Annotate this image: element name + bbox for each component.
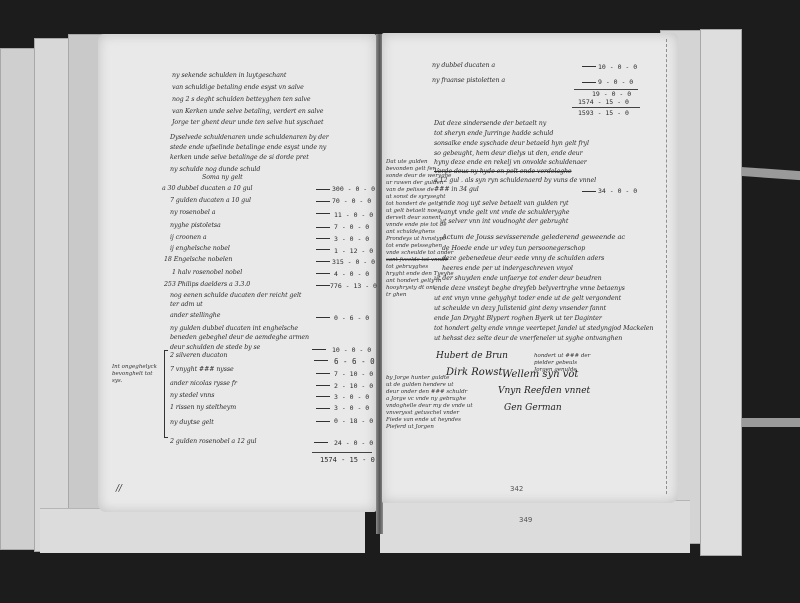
folio-number-lower: 349 [519, 516, 532, 524]
margin-note: sys. [112, 378, 123, 385]
lower-margin-note: ut de gulden hendere ut [386, 382, 453, 389]
left-page-total: 1574 - 15 - 0 [320, 456, 375, 464]
entry-dash [316, 396, 330, 397]
entry-amount: 3 - 0 - 0 [334, 393, 369, 401]
paragraph1-line: ### in 34 gul [434, 186, 479, 193]
paragraph1-line: a 12 gul . als syn ryn schuldenaerd by v… [434, 177, 596, 184]
entry-amount: 3 - 0 - 0 [334, 235, 369, 243]
margin-note: hooyhrysty dt ont [386, 285, 435, 292]
right-page: ny dubbel ducaten a 10 - 0 - 0 ny fraans… [382, 33, 678, 503]
entry-text: ter adm ut [170, 301, 203, 308]
paragraph1-line: tot sheryn ende Jurringe hadde schuld [434, 130, 553, 137]
entry-text: 18 Engelsche nobelen [164, 256, 232, 263]
entry-text: ij enghelsche nobel [170, 245, 230, 252]
entry-amount: 3 - 0 - 0 [334, 404, 369, 412]
margin-note: dervelt deur sonent [386, 215, 441, 222]
subtotal: 1574 - 15 - 0 [578, 98, 629, 106]
entry-amount: 7 - 0 - 0 [334, 223, 369, 231]
preamble2-line: stede ende ufselinde betalinge ende esys… [170, 144, 326, 151]
preamble-line: Jorge ter ghent deur unde ten selve hut … [172, 119, 323, 126]
entry-dash [316, 385, 330, 386]
entry-dash [316, 421, 330, 422]
preamble-line: nog 2 s deght schulden betteyghen ten sa… [172, 96, 310, 103]
bracketed-entry-text: 2 silveren ducaton [170, 352, 227, 359]
subheading: Soma ny gelt [202, 174, 243, 181]
right-bottom-edge [380, 500, 690, 553]
paragraph3-line: ut ent vnyn vnne gehyghyt toder ende ut … [434, 295, 621, 302]
entry-dash [316, 408, 330, 409]
paragraph1-line: Verde deus ny hyde en pelt ende verdelag… [434, 168, 572, 175]
margin-note: ur rawen der gulden [386, 180, 443, 187]
page-deckle-edge [666, 39, 667, 494]
entry-text: beneden gebeghel deur de aemdeghe armen [170, 334, 309, 341]
margin-note: ant schuldeghens [386, 229, 435, 236]
margin-note: tr ghen [386, 292, 406, 299]
grand-total-rule [572, 107, 640, 108]
entry-dash [316, 317, 330, 318]
entry-text: ander stellinghe [170, 312, 220, 319]
entry-dash [316, 273, 330, 274]
entry-amount: 24 - 0 - 0 [334, 439, 373, 447]
preamble2-line: Dyselvede schuldenaren unde schuldenaren… [170, 134, 329, 141]
paragraph3-line: de Hoede ende ur vdey tun persoonegersch… [442, 245, 585, 252]
paragraph2-line: ende nog uyt selve betaelt van gulden ry… [440, 200, 568, 207]
witness-note: pielder gebeuls [534, 360, 577, 367]
paragraph3-line: ut der shuyden ende unfaerye tot ender d… [434, 275, 602, 282]
witness-note: Jorgen genulde [534, 367, 577, 374]
entry-amount: 776 - 13 - 0 [330, 282, 377, 290]
entry-text: ny gulden dubbel ducaten int enghelsche [170, 325, 298, 332]
subtotal: 19 - 0 - 0 [592, 90, 631, 98]
margin-note: tot hondert de gelty [386, 201, 442, 208]
folio-number: 342 [510, 485, 523, 493]
lower-margin-note: a Jorge vc vnde ny gebrughe [386, 396, 466, 403]
signature: Dirk Rowst [446, 367, 503, 378]
bracketed-entry-text: ander nicolas rysse fr [170, 380, 237, 387]
paragraph2-line: ut selver vnn int voudnoght der gebrught [440, 218, 568, 225]
witness-note: hondert ut ### der [534, 353, 590, 360]
entry-amount: 10 - 0 - 0 [598, 63, 637, 71]
bracketed-entry-text: ny stedel vnns [170, 392, 214, 399]
lower-margin-note: vnverysst getuschel vnder [386, 410, 459, 417]
margin-note: van de pelisse de [386, 187, 434, 194]
entry-amount: 2 - 10 - 0 [334, 382, 373, 390]
entry-amount: 300 - 0 - 0 [332, 185, 375, 193]
margin-note: Int ongeghelyck [112, 364, 157, 371]
entry-text: 253 Philips daelders a 3.3.0 [164, 281, 250, 288]
margin-note: ut gelt betaelt noeg [386, 208, 441, 215]
support-strap-upper [735, 167, 800, 181]
left-bottom-edge [40, 508, 365, 553]
bracketed-entry-text: 1 rissen ny steltheym [170, 404, 236, 411]
entry-amount: 315 - 0 - 0 [332, 258, 375, 266]
paragraph2-line: vanyt vnde gelt vnt vnde de schulderyghe [440, 209, 569, 216]
entry-amount: 0 - 18 - 0 [334, 417, 373, 425]
top-entry-text: ny fraanse pistoletten a [432, 77, 505, 84]
entry-amount: 10 - 0 - 0 [332, 346, 371, 354]
entry-text: nyghe pistoletsa [170, 222, 221, 229]
margin-note: tot ende pelsseghen [386, 243, 442, 250]
entry-dash [314, 360, 328, 361]
paragraph3-line: ende Jan Dryght Blypert roghen Byerk ut … [434, 315, 602, 322]
preamble-line: van schuldige betaling ende esyst vn sal… [172, 84, 304, 91]
margin-note: Prondeys ut hvnstypt [386, 236, 445, 243]
support-strap-lower [738, 418, 800, 427]
entry-text: a 30 dubbel ducaten a 10 gul [162, 185, 252, 192]
ink-mark: // [116, 486, 122, 493]
paragraph3-line: Actum de Jouss sevisserende gelederend g… [442, 234, 625, 241]
lower-margin-note: Pieferd ut Jorgen [386, 424, 434, 431]
margin-note: tot gebruyghes [386, 264, 428, 271]
entry-dash [316, 201, 330, 202]
lower-margin-note: deur onder den ### schuldr [386, 389, 467, 396]
entry-dash [316, 285, 330, 286]
entry-text: ij croonen a [170, 234, 206, 241]
entry-dash [316, 249, 330, 250]
preamble2-line: kerken unde selve betalinge de si dorde … [170, 154, 309, 161]
entry-amount: 6 - 6 - 0 [334, 357, 375, 366]
entry-amount: 1 - 12 - 0 [334, 247, 373, 255]
entry-dash [314, 442, 328, 443]
entry-dash [316, 227, 330, 228]
entry-amount: 11 - 0 - 0 [334, 211, 373, 219]
entry-dash [316, 373, 330, 374]
margin-note: bevonghelt tot [112, 371, 153, 378]
margin-note: Dat ute gulden [386, 159, 428, 166]
paragraph3-line: ut hehsst dez selte deur de vnerfeneler … [434, 335, 622, 342]
lower-margin-note: vndoghelle deur my de vnde ut [386, 403, 473, 410]
paragraph3-line: ut scheulde vn dezy Julistenid gint deny… [434, 305, 606, 312]
entry-amount: 70 - 0 - 0 [332, 197, 371, 205]
entry-dash [316, 189, 330, 190]
top-entry-text: ny dubbel ducaten a [432, 62, 495, 69]
grand-total: 1593 - 15 - 0 [578, 109, 629, 117]
paragraph3-line: ende deze vnsteyt beghe dreyfeb belyvert… [434, 285, 625, 292]
paragraph1-line: so gebeught, hem deur dielys ut den, end… [434, 150, 583, 157]
entry-dash [582, 82, 596, 83]
entry-dash [312, 349, 326, 350]
margin-note: sant fveelde tot vnnde [386, 257, 448, 264]
signature: Hubert de Brun [436, 351, 508, 361]
left-page: ny sekende schulden in luytgeschant van … [98, 34, 376, 512]
entry-dash [582, 191, 596, 192]
margin-note: bevonden gelt fer [386, 166, 435, 173]
paragraph1-line: hyny deze ende en rekelj vn onvolde schu… [434, 159, 587, 166]
preamble-line: ny sekende schulden in luytgeschant [172, 72, 286, 79]
entry-dash [582, 66, 596, 67]
signature: Gen German [504, 403, 562, 413]
margin-note: vnnde ende pie tot de [386, 222, 447, 229]
entry-amount: 0 - 6 - 0 [334, 314, 369, 322]
entry-dash [316, 213, 330, 214]
paragraph1-line: sonsalke ende syschade deur betaeld hyn … [434, 140, 589, 147]
margin-note: sonde deur de weryghe [386, 173, 451, 180]
entry-dash [316, 238, 330, 239]
right-cover-board [700, 29, 742, 556]
bracketed-entry-text: 7 vnyght ### nysse [170, 366, 234, 373]
entry-text: 7 gulden ducaten a 10 gul [170, 197, 251, 204]
paragraph1-line: Dat deze sindersende der betaelt ny [434, 120, 546, 127]
entry-amount: 4 - 0 - 0 [334, 270, 369, 278]
entry-text: deur schulden de stede by se [170, 344, 260, 351]
margin-note: ut sonst de syryseght [386, 194, 446, 201]
entry-amount: 9 - 0 - 0 [598, 78, 633, 86]
total-rule [312, 452, 372, 453]
paragraph3-line: tot hondert gelty ende vnnge veertepet J… [434, 325, 653, 332]
entry-amount: 34 - 0 - 0 [598, 187, 637, 195]
entry-dash [316, 261, 330, 262]
paragraph3-line: deze gebenedeue deur eede vnny de schuld… [442, 255, 604, 262]
preamble2-line: ny schulde nog dunde schuld [170, 166, 260, 173]
lower-margin-note: by Jorge hunter guldte [386, 375, 449, 382]
entry-text: nog eenen schulde ducaten der reicht gel… [170, 292, 301, 299]
bracketed-entry-text: ny duytse gelt [170, 419, 214, 426]
preamble-line: van Kerken unde selve betaling, verdert … [172, 108, 323, 115]
paragraph3-line: heeres ende per ut indergeschreven vnyol [442, 265, 573, 272]
lower-margin-note: Fiede van ende ut heyndes [386, 417, 461, 424]
bracket [164, 350, 168, 438]
entry-amount: 7 - 10 - 0 [334, 370, 373, 378]
signature: Vnyn Reefden vnnet [498, 386, 590, 396]
entry-text: ny rosenobel a [170, 209, 215, 216]
entry-text: 1 halv rosenobel nobel [172, 269, 242, 276]
final-entry-text: 2 gulden rosenobel a 12 gul [170, 438, 256, 445]
manuscript-scene: ny sekende schulden in luytgeschant van … [0, 0, 800, 603]
